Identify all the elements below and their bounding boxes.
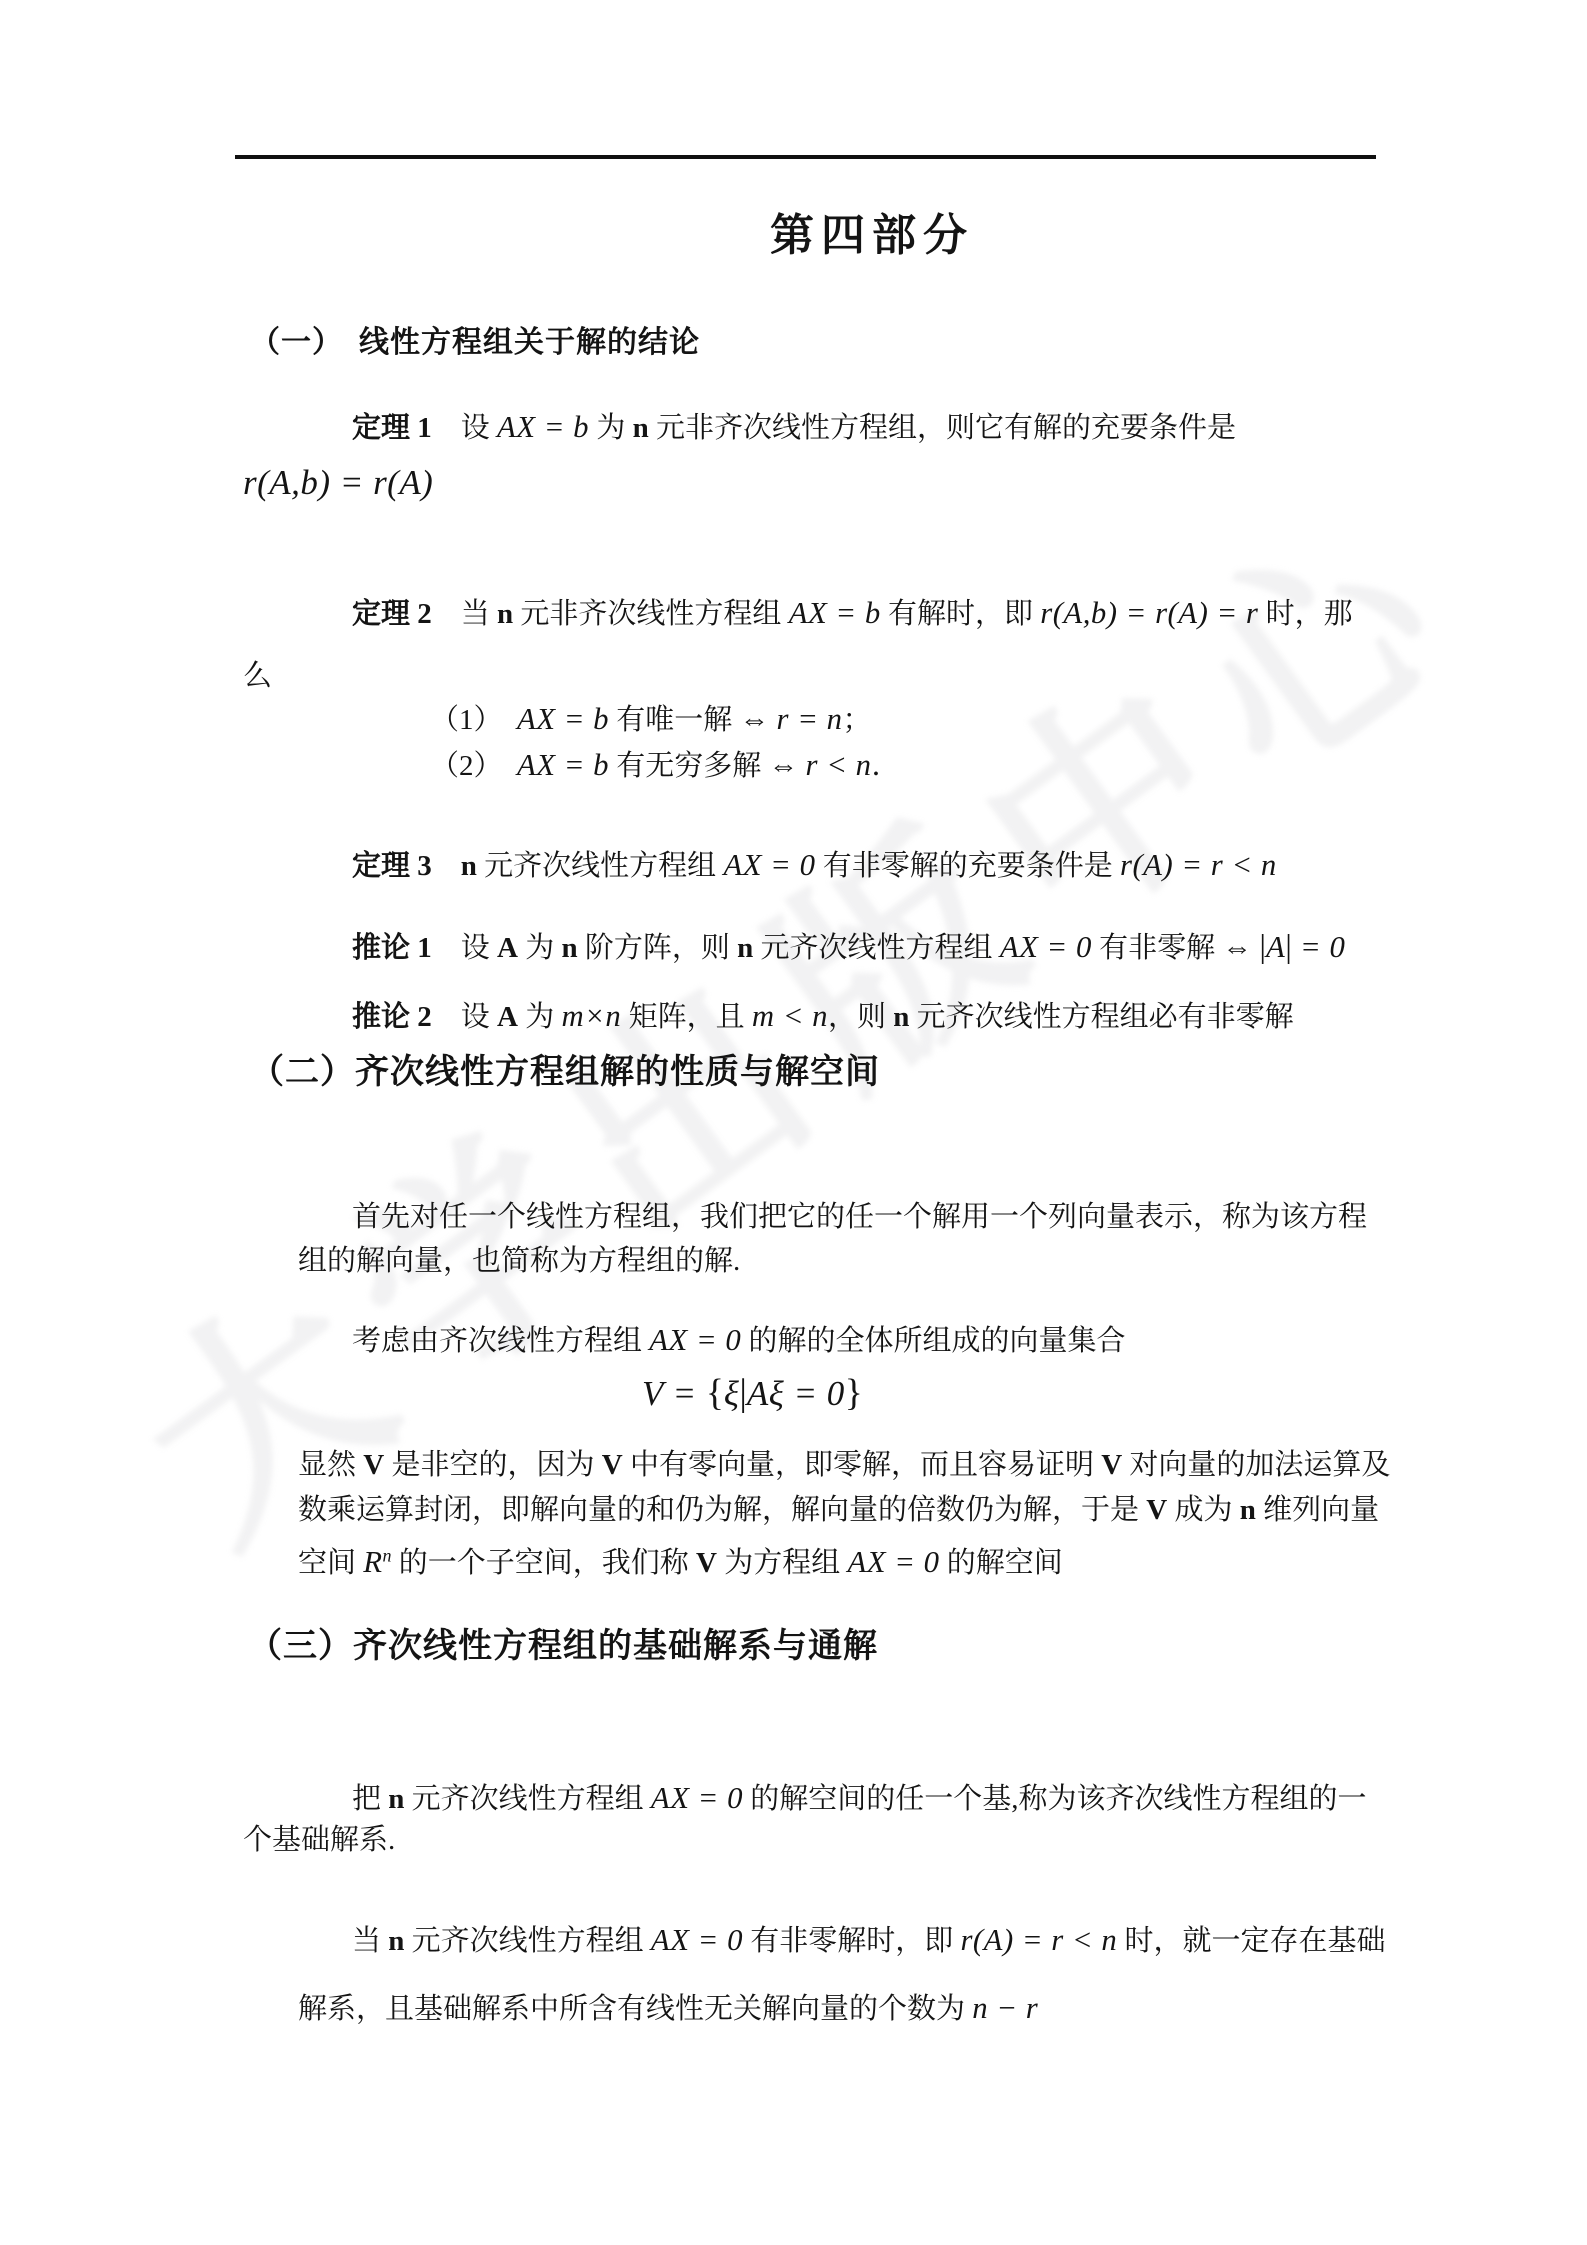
- text-segment: n: [562, 932, 578, 964]
- text-segment: 元非齐次线性方程组，则它有解的充要条件是: [649, 412, 1236, 444]
- text-segment: AX = b: [517, 702, 609, 736]
- text-segment: r(A) = r < n: [960, 1923, 1117, 1957]
- text-segment: ξ: [724, 1374, 739, 1413]
- corollary-2-line: 推论 2 设 A 为 m×n 矩阵，且 m < n，则 n 元齐次线性方程组必有…: [352, 997, 1294, 1035]
- text-segment: 当: [432, 598, 497, 630]
- text-segment: 元齐次线性方程组: [404, 1783, 651, 1815]
- theorem-1-formula: r(A,b) = r(A): [243, 461, 433, 505]
- text-segment: |: [739, 1372, 747, 1414]
- text-segment: {: [706, 1372, 724, 1414]
- text-segment: 是非空的，因为: [384, 1449, 602, 1481]
- text-segment: 设: [432, 412, 497, 444]
- text-segment: 设: [432, 932, 497, 964]
- text-segment: ，则: [828, 1001, 893, 1033]
- text-segment: 元非齐次线性方程组: [513, 598, 789, 630]
- text-segment: 元齐次线性方程组: [753, 932, 1000, 964]
- text-segment: 解系，且基础解系中所含有线性无关解向量的个数为: [298, 1993, 972, 2025]
- text-segment: 推论 1: [352, 932, 432, 964]
- text-segment: AX = b: [517, 748, 609, 782]
- text-segment: 时，就一定存在基础: [1117, 1925, 1385, 1957]
- text-segment: 成为: [1167, 1494, 1240, 1526]
- text-segment: AX = 0: [723, 848, 815, 882]
- text-segment: 有解时，即: [881, 598, 1041, 630]
- text-segment: AX = b: [789, 596, 881, 630]
- text-segment: V: [696, 1547, 717, 1579]
- theorem-1-line: 定理 1 设 AX = b 为 n 元非齐次线性方程组，则它有解的充要条件是: [352, 408, 1236, 446]
- corollary-1-line: 推论 1 设 A 为 n 阶方阵，则 n 元齐次线性方程组 AX = 0 有非零…: [352, 927, 1345, 968]
- text-segment: 有非零解的充要条件是: [815, 850, 1120, 882]
- text-segment: （1）: [430, 704, 517, 736]
- text-segment: n: [383, 1545, 392, 1565]
- theorem-2-continuation: 么: [243, 658, 272, 694]
- text-segment: A: [1266, 930, 1285, 964]
- text-segment: 中有零向量，即零解，而且容易证明: [623, 1449, 1102, 1481]
- text-segment: 首先对任一个线性方程组，我们把它的任一个解用一个列向量表示，称为该方程: [352, 1201, 1367, 1233]
- text-segment: 组的解向量，也简称为方程组的解.: [298, 1245, 740, 1277]
- text-segment: AX = 0: [1000, 930, 1092, 964]
- text-segment: 时，那: [1258, 598, 1352, 630]
- existence-paragraph-line-2: 解系，且基础解系中所含有线性无关解向量的个数为 n − r: [298, 1989, 1038, 2027]
- text-segment: V: [602, 1449, 623, 1481]
- vector-set-paragraph-line: 考虑由齐次线性方程组 AX = 0 的解的全体所组成的向量集合: [352, 1321, 1126, 1359]
- text-segment: n: [461, 850, 477, 882]
- text-segment: 的解空间: [940, 1547, 1063, 1579]
- text-segment: [432, 850, 461, 882]
- text-segment: = 0: [1292, 930, 1345, 964]
- text-segment: r < n: [806, 748, 872, 782]
- theorem-2-item-1: （1） AX = b 有唯一解 ⇔ r = n；: [430, 700, 872, 739]
- text-segment: 空间: [298, 1547, 363, 1579]
- text-segment: 有唯一解: [609, 704, 740, 736]
- theorem-3-line: 定理 3 n 元齐次线性方程组 AX = 0 有非零解的充要条件是 r(A) =…: [352, 846, 1277, 884]
- fundamental-system-paragraph-line-2: 个基础解系.: [243, 1822, 395, 1858]
- page-title: 第四部分: [770, 208, 974, 263]
- text-segment: ⇔: [740, 704, 777, 736]
- text-segment: n: [633, 412, 649, 444]
- text-segment: V: [1146, 1494, 1167, 1526]
- fundamental-system-paragraph-line-1: 把 n 元齐次线性方程组 AX = 0 的解空间的任一个基,称为该齐次线性方程组…: [352, 1779, 1366, 1817]
- text-segment: 阶方阵，则: [578, 932, 738, 964]
- text-segment: 元齐次线性方程组: [477, 850, 724, 882]
- text-segment: V =: [642, 1374, 706, 1413]
- text-segment: ；: [842, 704, 871, 736]
- text-segment: n − r: [972, 1991, 1038, 2025]
- text-segment: AX = b: [497, 410, 589, 444]
- text-segment: AX = 0: [651, 1781, 743, 1815]
- text-segment: n: [388, 1783, 404, 1815]
- solution-space-paragraph-line-2: 数乘运算封闭，即解向量的和仍为解，解向量的倍数仍为解，于是 V 成为 n 维列向…: [298, 1492, 1379, 1528]
- text-segment: |: [1285, 929, 1292, 965]
- text-segment: }: [845, 1372, 863, 1414]
- text-segment: 显然: [298, 1449, 363, 1481]
- text-segment: ．: [871, 750, 900, 782]
- text-segment: n: [893, 1001, 909, 1033]
- text-segment: A: [497, 932, 518, 964]
- solution-set-formula: V = {ξ|Aξ = 0}: [642, 1370, 863, 1417]
- text-segment: 为: [589, 412, 633, 444]
- theorem-2-item-2: （2） AX = b 有无穷多解 ⇔ r < n．: [430, 746, 901, 785]
- text-segment: 有非零解时，即: [743, 1925, 961, 1957]
- section-3-heading: （三）齐次线性方程组的基础解系与通解: [248, 1626, 878, 1669]
- solution-space-paragraph-line-1: 显然 V 是非空的，因为 V 中有零向量，即零解，而且容易证明 V 对向量的加法…: [298, 1447, 1390, 1483]
- text-segment: r(A) = r < n: [1120, 848, 1277, 882]
- document-page: 大学出版中心 第四部分 （一） 线性方程组关于解的结论 定理 1 设 AX = …: [0, 0, 1587, 2245]
- text-segment: |: [1259, 929, 1266, 965]
- text-segment: 把: [352, 1783, 388, 1815]
- section-2-heading: （二）齐次线性方程组解的性质与解空间: [250, 1052, 880, 1095]
- text-segment: 设: [432, 1001, 497, 1033]
- solution-vector-paragraph-line-1: 首先对任一个线性方程组，我们把它的任一个解用一个列向量表示，称为该方程: [352, 1199, 1367, 1235]
- text-segment: n: [497, 598, 513, 630]
- text-segment: r(A,b) = r(A): [243, 463, 433, 502]
- text-segment: 的一个子空间，我们称: [392, 1547, 697, 1579]
- text-segment: n: [388, 1925, 404, 1957]
- text-segment: R: [363, 1545, 382, 1579]
- text-segment: V: [1101, 1449, 1122, 1481]
- text-segment: 对向量的加法运算及: [1122, 1449, 1390, 1481]
- text-segment: Aξ = 0: [747, 1374, 845, 1413]
- text-segment: 的解的全体所组成的向量集合: [741, 1325, 1125, 1357]
- text-segment: ⇔: [1222, 932, 1259, 964]
- text-segment: 为: [518, 932, 562, 964]
- section-1-heading: （一） 线性方程组关于解的结论: [250, 324, 700, 362]
- existence-paragraph-line-1: 当 n 元齐次线性方程组 AX = 0 有非零解时，即 r(A) = r < n…: [352, 1921, 1385, 1959]
- text-segment: 定理 2: [352, 598, 432, 630]
- text-segment: 推论 2: [352, 1001, 432, 1033]
- text-segment: 矩阵，且: [621, 1001, 752, 1033]
- solution-space-paragraph-line-3: 空间 Rn 的一个子空间，我们称 V 为方程组 AX = 0 的解空间: [298, 1543, 1063, 1581]
- text-segment: （2）: [430, 750, 517, 782]
- text-segment: m < n: [752, 999, 828, 1033]
- text-segment: 为: [518, 1001, 562, 1033]
- text-segment: 定理 3: [352, 850, 432, 882]
- text-segment: 元齐次线性方程组必有非零解: [909, 1001, 1293, 1033]
- theorem-2-line: 定理 2 当 n 元非齐次线性方程组 AX = b 有解时，即 r(A,b) =…: [352, 594, 1353, 632]
- text-segment: 个基础解系.: [243, 1824, 395, 1856]
- text-segment: 么: [243, 660, 272, 692]
- text-segment: AX = 0: [848, 1545, 940, 1579]
- text-segment: 元齐次线性方程组: [404, 1925, 651, 1957]
- solution-vector-paragraph-line-2: 组的解向量，也简称为方程组的解.: [298, 1243, 740, 1279]
- text-segment: 的解空间的任一个基,称为该齐次线性方程组的一: [743, 1783, 1367, 1815]
- header-rule: [235, 155, 1376, 159]
- text-segment: 定理 1: [352, 412, 432, 444]
- text-segment: r(A,b) = r(A) = r: [1040, 596, 1258, 630]
- text-segment: 维列向量: [1256, 1494, 1379, 1526]
- text-segment: r = n: [777, 702, 843, 736]
- text-segment: AX = 0: [651, 1923, 743, 1957]
- text-segment: 当: [352, 1925, 388, 1957]
- text-segment: ⇔: [769, 750, 806, 782]
- text-segment: 为方程组: [717, 1547, 848, 1579]
- text-segment: 考虑由齐次线性方程组: [352, 1325, 649, 1357]
- text-segment: 数乘运算封闭，即解向量的和仍为解，解向量的倍数仍为解，于是: [298, 1494, 1146, 1526]
- text-segment: 有非零解: [1092, 932, 1223, 964]
- text-segment: m×n: [562, 999, 622, 1033]
- text-segment: n: [1240, 1494, 1256, 1526]
- text-segment: 有无穷多解: [609, 750, 769, 782]
- text-segment: A: [497, 1001, 518, 1033]
- text-segment: V: [363, 1449, 384, 1481]
- text-segment: AX = 0: [649, 1323, 741, 1357]
- text-segment: n: [737, 932, 753, 964]
